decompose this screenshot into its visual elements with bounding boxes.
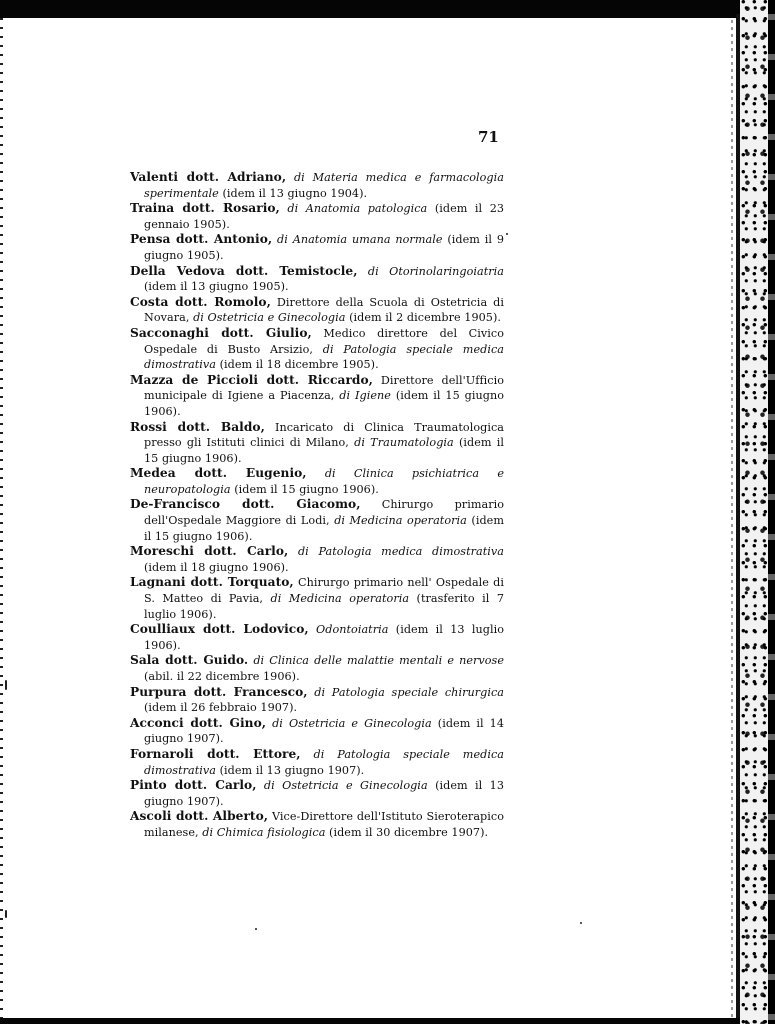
entry-subject: di Medicina operatoria xyxy=(271,592,410,605)
entry-name: Fornaroli dott. Ettore, xyxy=(130,747,301,761)
entry-subject: di Patologia medica dimostrativa xyxy=(298,545,504,558)
list-item: Pinto dott. Carlo, di Ostetricia e Ginec… xyxy=(130,778,504,809)
entry-subject: di Anatomia umana normale xyxy=(277,233,442,246)
entry-name: Traina dott. Rosario, xyxy=(130,201,280,215)
entry-subject: di Chimica fisiologica xyxy=(202,826,325,839)
list-item: Ascoli dott. Alberto, Vice-Direttore del… xyxy=(130,809,504,840)
entry-name: Lagnani dott. Torquato, xyxy=(130,575,294,589)
list-item: De-Francisco dott. Giacomo, Chirurgo pri… xyxy=(130,497,504,544)
list-item: Acconci dott. Gino, di Ostetricia e Gine… xyxy=(130,716,504,747)
entry-subject: di Ostetricia e Ginecologia xyxy=(264,779,428,792)
list-item: Pensa dott. Antonio, di Anatomia umana n… xyxy=(130,232,504,263)
entry-name: Purpura dott. Francesco, xyxy=(130,685,308,699)
entry-name: Della Vedova dott. Temistocle, xyxy=(130,264,358,278)
entry-date: (idem il 30 dicembre 1907). xyxy=(329,826,488,839)
page-number: 71 xyxy=(478,128,499,146)
entry-name: Valenti dott. Adriano, xyxy=(130,170,286,184)
entry-subject: di Traumatologia xyxy=(354,436,454,449)
scan-margin-bar xyxy=(768,0,775,1024)
list-item: Lagnani dott. Torquato, Chirurgo primari… xyxy=(130,575,504,622)
list-item: Traina dott. Rosario, di Anatomia patolo… xyxy=(130,201,504,232)
list-item: Coulliaux dott. Lodovico, Odontoiatria (… xyxy=(130,622,504,653)
scan-left-edge xyxy=(0,18,3,1018)
list-item: Rossi dott. Baldo, Incaricato di Clinica… xyxy=(130,420,504,467)
list-item: Sala dott. Guido. di Clinica delle malat… xyxy=(130,653,504,684)
entry-date: (abil. il 22 dicembre 1906). xyxy=(144,670,300,683)
scan-speck xyxy=(5,910,7,918)
scan-speck xyxy=(255,928,257,930)
entry-date: (idem il 15 giugno 1906). xyxy=(234,483,379,496)
list-item: Fornaroli dott. Ettore, di Patologia spe… xyxy=(130,747,504,778)
scan-speck xyxy=(506,233,508,235)
entry-name: Coulliaux dott. Lodovico, xyxy=(130,622,309,636)
entry-name: Acconci dott. Gino, xyxy=(130,716,266,730)
entry-subject: di Otorinolaringoiatria xyxy=(368,265,504,278)
list-item: Della Vedova dott. Temistocle, di Otorin… xyxy=(130,264,504,295)
entry-date: (idem il 18 giugno 1906). xyxy=(144,561,289,574)
entry-name: Costa dott. Romolo, xyxy=(130,295,271,309)
list-item: Valenti dott. Adriano, di Materia medica… xyxy=(130,170,504,201)
entry-name: Medea dott. Eugenio, xyxy=(130,466,307,480)
entry-name: Moreschi dott. Carlo, xyxy=(130,544,288,558)
entry-subject: di Ostetricia e Ginecologia xyxy=(193,311,345,324)
entry-name: Sacconaghi dott. Giulio, xyxy=(130,326,312,340)
list-item: Costa dott. Romolo, Direttore della Scuo… xyxy=(130,295,504,326)
entry-subject: di Clinica delle malattie mentali e nerv… xyxy=(253,654,504,667)
entry-date: (idem il 13 giugno 1905). xyxy=(144,280,289,293)
entry-subject: di Anatomia patologica xyxy=(287,202,427,215)
entry-date: (idem il 13 giugno 1904). xyxy=(222,187,367,200)
entry-name: Mazza de Piccioli dott. Riccardo, xyxy=(130,373,373,387)
scan-top-border xyxy=(0,0,775,18)
faculty-list: Valenti dott. Adriano, di Materia medica… xyxy=(130,170,504,841)
entry-subject: di Patologia speciale chirurgica xyxy=(314,686,504,699)
entry-name: Ascoli dott. Alberto, xyxy=(130,809,268,823)
entry-name: Sala dott. Guido. xyxy=(130,653,248,667)
list-item: Medea dott. Eugenio, di Clinica psichiat… xyxy=(130,466,504,497)
entry-date: (idem il 18 dicembre 1905). xyxy=(220,358,379,371)
entry-name: Rossi dott. Baldo, xyxy=(130,420,265,434)
entry-name: Pinto dott. Carlo, xyxy=(130,778,257,792)
scan-bottom-border xyxy=(0,1018,775,1024)
entry-name: De-Francisco dott. Giacomo, xyxy=(130,497,361,511)
entry-subject: Odontoiatria xyxy=(316,623,388,636)
list-item: Mazza de Piccioli dott. Riccardo, Dirett… xyxy=(130,373,504,420)
entry-date: (idem il 26 febbraio 1907). xyxy=(144,701,297,714)
entry-subject: di Igiene xyxy=(339,389,391,402)
list-item: Purpura dott. Francesco, di Patologia sp… xyxy=(130,685,504,716)
scan-speck xyxy=(5,680,7,690)
entry-name: Pensa dott. Antonio, xyxy=(130,232,272,246)
list-item: Moreschi dott. Carlo, di Patologia medic… xyxy=(130,544,504,575)
scan-speck xyxy=(580,922,582,924)
entry-subject: di Ostetricia e Ginecologia xyxy=(272,717,432,730)
page-edge-shadow xyxy=(731,20,733,1018)
entry-subject: di Medicina operatoria xyxy=(334,514,467,527)
list-item: Sacconaghi dott. Giulio, Medico direttor… xyxy=(130,326,504,373)
entry-date: (idem il 13 giugno 1907). xyxy=(220,764,365,777)
entry-date: (idem il 2 dicembre 1905). xyxy=(349,311,501,324)
